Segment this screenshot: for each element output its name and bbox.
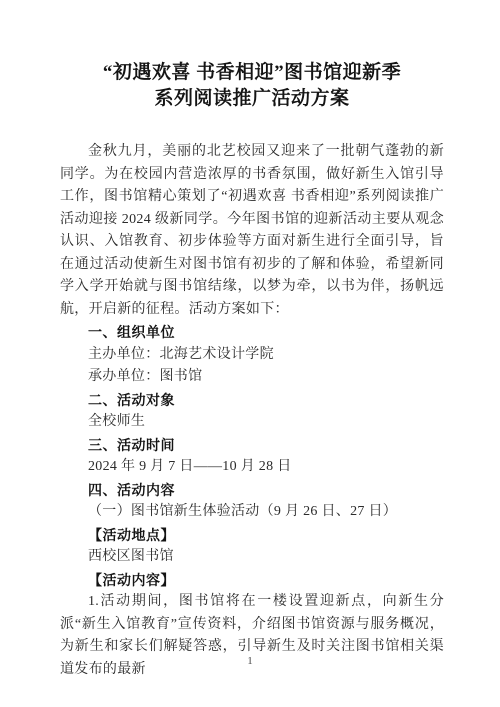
document-title-line2: 系列阅读推广活动方案	[60, 86, 444, 112]
page-number: 1	[0, 655, 500, 667]
section-heading-3: 三、活动时间	[60, 434, 444, 457]
audience-line: 全校师生	[60, 411, 444, 434]
intro-paragraph: 金秋九月，美丽的北艺校园又迎来了一批朝气蓬勃的新同学。为在校园内营造浓厚的书香氛…	[60, 141, 444, 321]
section-heading-1: 一、组织单位	[60, 321, 444, 344]
location-line: 西校区图书馆	[60, 546, 444, 569]
section-heading-2: 二、活动对象	[60, 389, 444, 412]
document-page: “初遇欢喜 书香相迎”图书馆迎新季 系列阅读推广活动方案 金秋九月，美丽的北艺校…	[0, 0, 500, 707]
location-label: 【活动地点】	[60, 524, 444, 547]
document-title: “初遇欢喜 书香相迎”图书馆迎新季 系列阅读推广活动方案	[60, 60, 444, 112]
activity-detail-paragraph: 1.活动期间，图书馆将在一楼设置迎新点，向新生分派“新生入馆教育”宣传资料，介绍…	[60, 591, 444, 681]
subsection-1-title: （一）图书馆新生体验活动（9 月 26 日、27 日）	[60, 501, 444, 524]
undertaker-line: 承办单位：图书馆	[60, 366, 444, 389]
document-title-line1: “初遇欢喜 书香相迎”图书馆迎新季	[60, 60, 444, 86]
section-heading-4: 四、活动内容	[60, 479, 444, 502]
date-range-line: 2024 年 9 月 7 日——10 月 28 日	[60, 456, 444, 479]
organizer-line: 主办单位：北海艺术设计学院	[60, 344, 444, 367]
document-body: 金秋九月，美丽的北艺校园又迎来了一批朝气蓬勃的新同学。为在校园内营造浓厚的书香氛…	[60, 141, 444, 681]
activity-content-label: 【活动内容】	[60, 569, 444, 592]
